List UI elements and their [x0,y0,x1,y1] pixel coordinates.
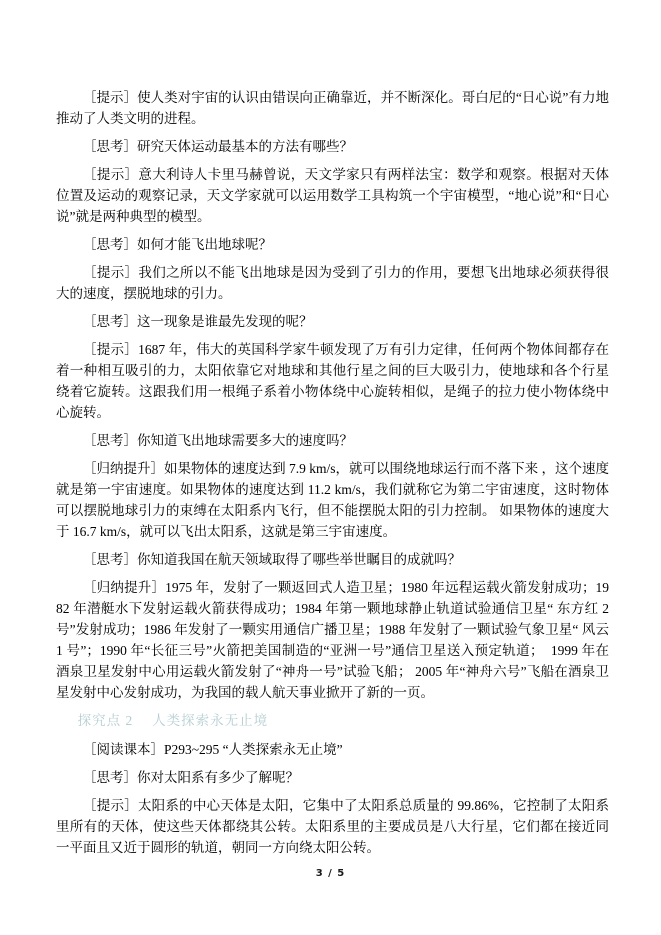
summary-paragraph: ［归纳提升］如果物体的速度达到 7.9 km/s，就可以围绕地球运行而不落下来 … [56,458,609,542]
hint-paragraph: ［提示］1687 年，伟大的英国科学家牛顿发现了万有引力定律，任何两个物体间都存… [56,339,609,423]
hint-paragraph: ［提示］使人类对宇宙的认识由错误向正确靠近，并不断深化。哥白尼的“日心说”有力地… [56,87,609,129]
think-paragraph: ［思考］你对太阳系有多少了解呢？ [56,767,609,788]
hint-paragraph: ［提示］意大利诗人卡里马赫曾说，天文学家只有两样法宝：数学和观察。根据对天体位置… [56,164,609,227]
think-paragraph: ［思考］研究天体运动最基本的方法有哪些？ [56,136,609,157]
think-paragraph: ［思考］如何才能飞出地球呢？ [56,234,609,255]
page-number-indicator: 3 / 5 [0,868,661,879]
hint-paragraph: ［提示］太阳系的中心天体是太阳，它集中了太阳系总质量的 99.86%，它控制了太… [56,795,609,858]
explore-point-label: 探究点 2 [78,713,134,728]
think-paragraph: ［思考］这一现象是谁最先发现的呢？ [56,311,609,332]
document-page: ［提示］使人类对宇宙的认识由错误向正确靠近，并不断深化。哥白尼的“日心说”有力地… [0,0,661,935]
think-paragraph: ［思考］你知道我国在航天领域取得了哪些举世瞩目的成就吗？ [56,549,609,570]
hint-paragraph: ［提示］我们之所以不能飞出地球是因为受到了引力的作用，要想飞出地球必须获得很大的… [56,262,609,304]
reading-paragraph: ［阅读课本］P293~295 “人类探索永无止境” [56,739,609,760]
explore-point-heading: 探究点 2人类探索永无止境 [56,710,609,731]
summary-paragraph: ［归纳提升］1975 年，发射了一颗返回式人造卫星；1980 年远程运载火箭发射… [56,577,609,703]
think-paragraph: ［思考］你知道飞出地球需要多大的速度吗？ [56,430,609,451]
explore-point-title: 人类探索永无止境 [152,713,268,728]
